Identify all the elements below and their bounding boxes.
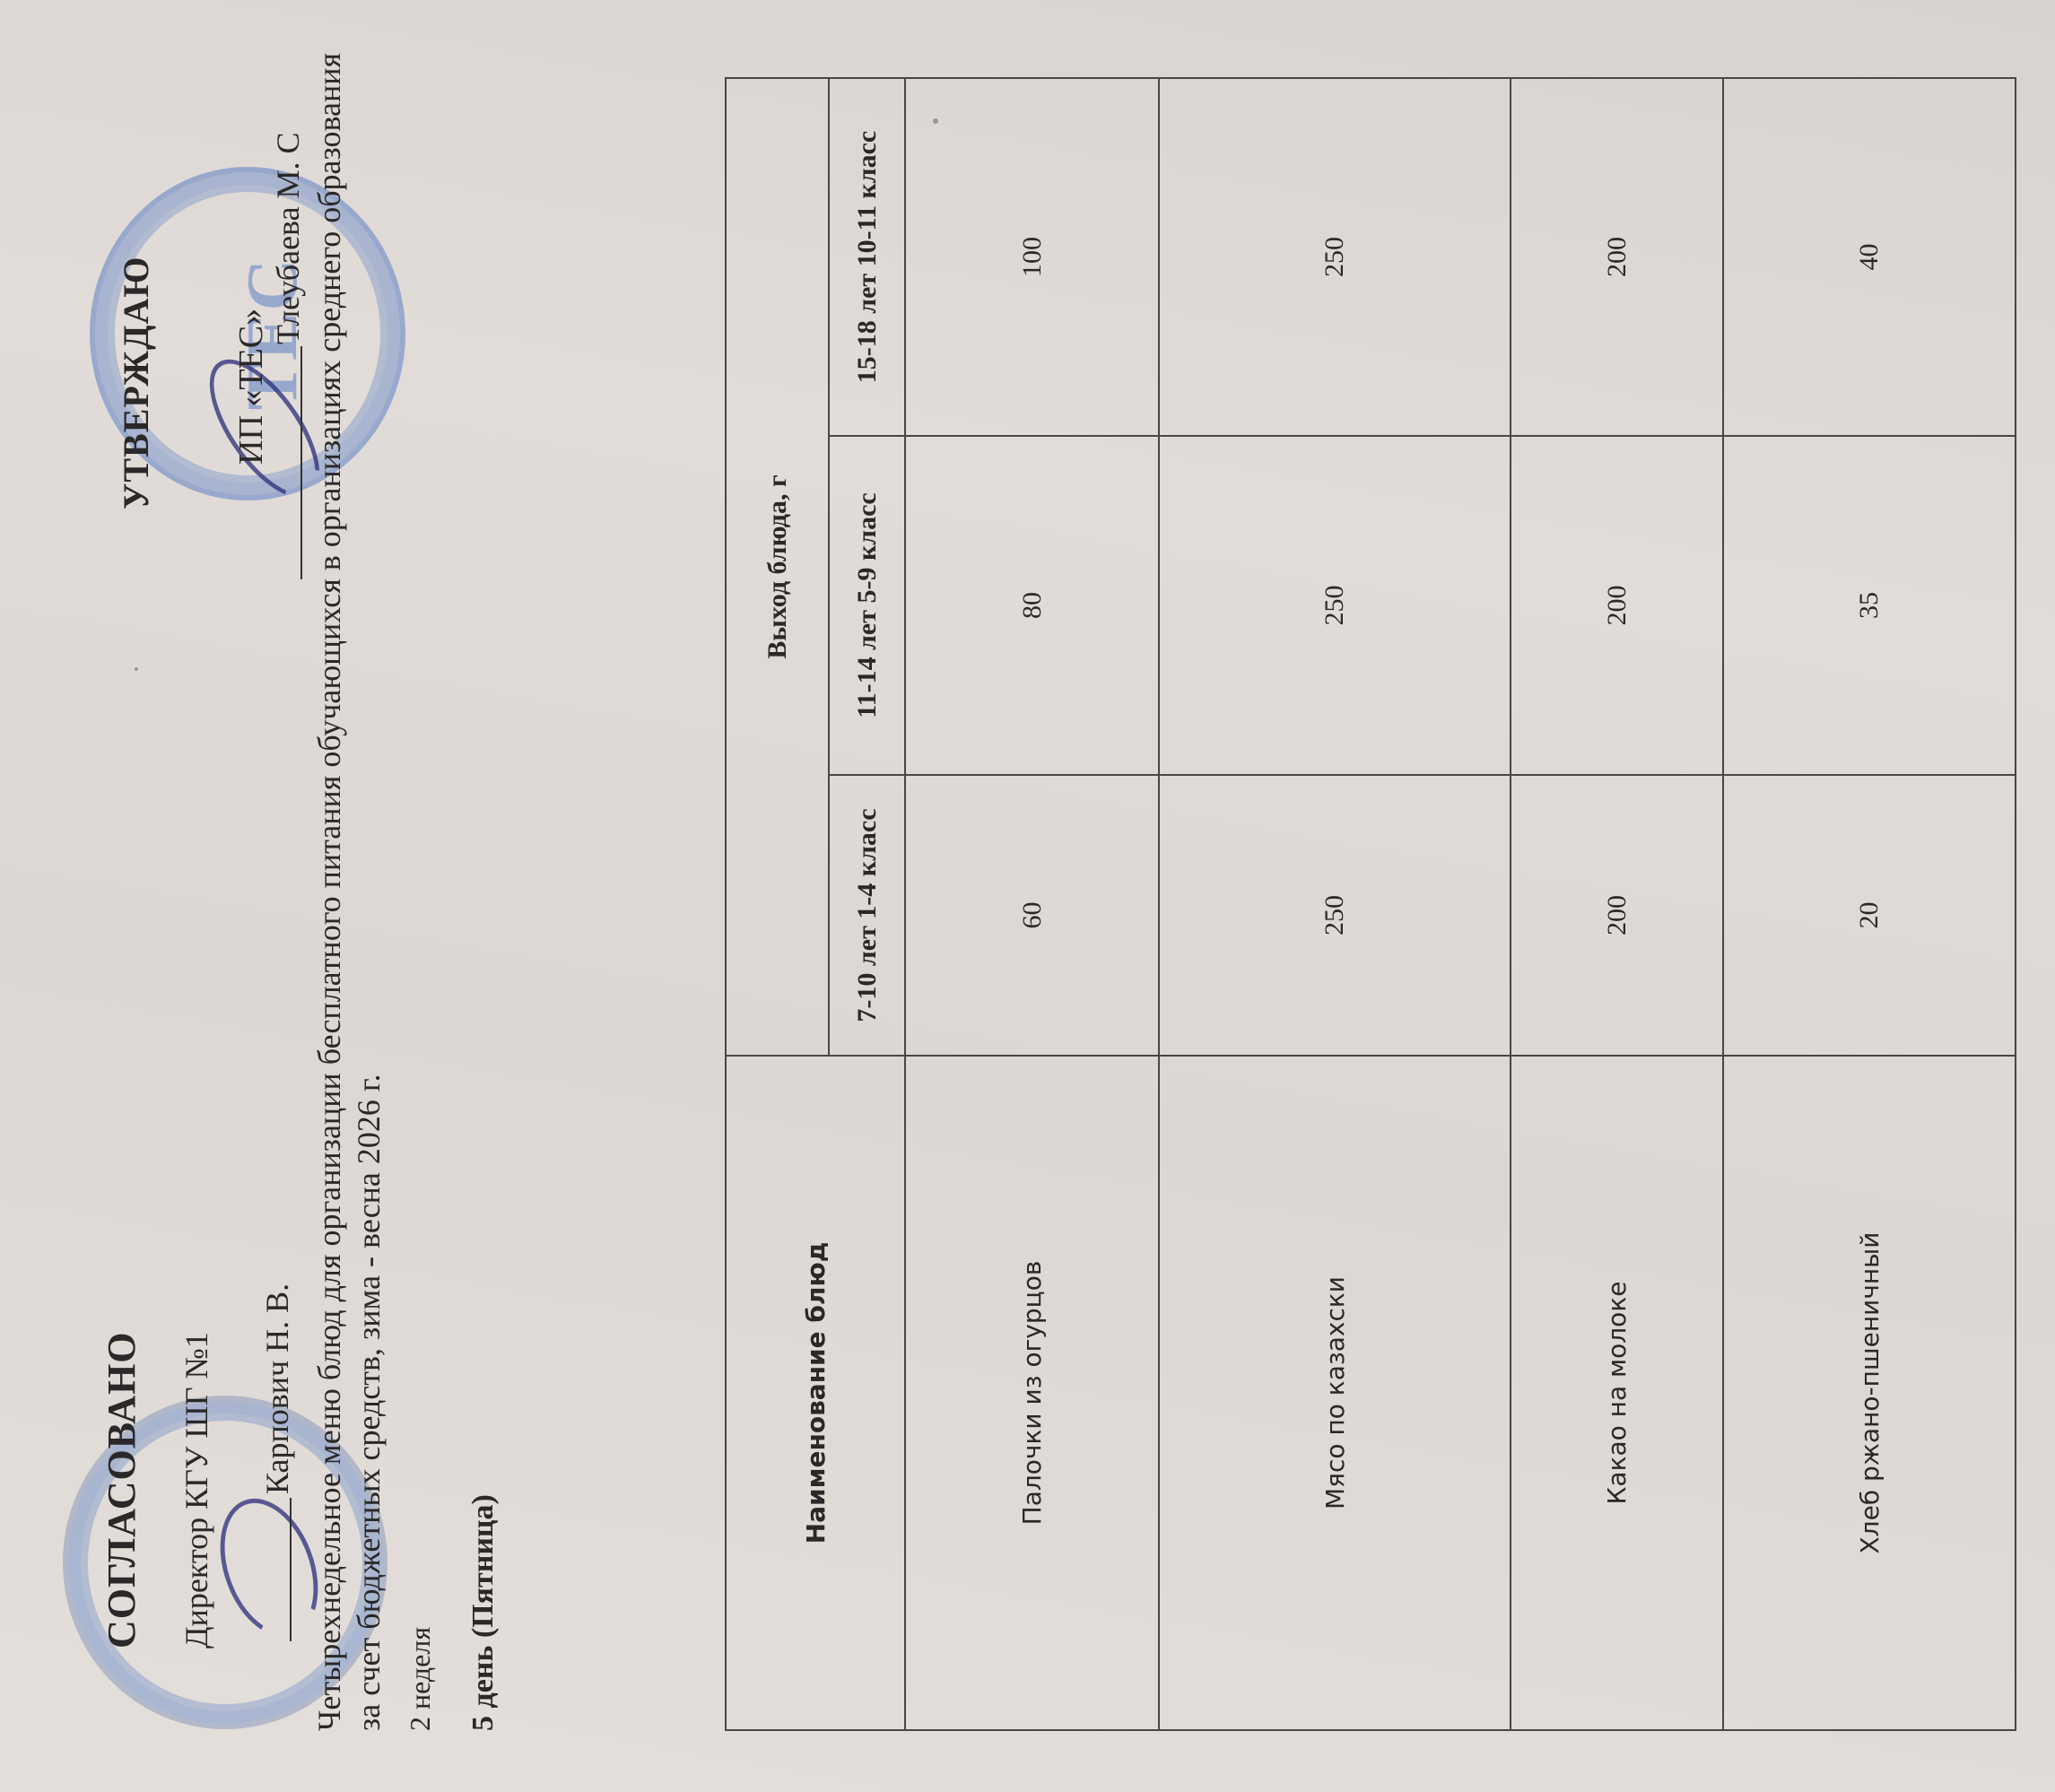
dish-name-cell: Мясо по казахски [1159, 1056, 1511, 1730]
approval-left-position: Директор КГУ ШГ №1 [178, 1332, 215, 1648]
signature-line [300, 346, 302, 579]
approval-right-signatory-line: Тлеубаева М. С [269, 132, 307, 579]
table-row: Какао на молоке 200 200 200 [1511, 78, 1723, 1730]
dish-name-header: Наименование блюд [726, 1056, 905, 1730]
yield-cell: 200 [1511, 78, 1723, 436]
day-label: 5 день (Пятница) [466, 1494, 501, 1731]
dish-name-cell: Хлеб ржано-пшеничный [1723, 1056, 2016, 1730]
approval-left-title: СОГЛАСОВАНО [99, 1331, 144, 1648]
yield-cell: 250 [1159, 78, 1511, 436]
table-row: Палочки из огурцов 60 80 100 [905, 78, 1159, 1730]
yield-cell: 250 [1159, 436, 1511, 775]
yield-cell: 100 [905, 78, 1159, 436]
signature-line [290, 1498, 292, 1641]
dish-name-cell: Какао на молоке [1511, 1056, 1723, 1730]
age-group-header: 7-10 лет 1-4 класс [829, 775, 905, 1056]
document-page: ТЕС СОГЛАСОВАНО Директор КГУ ШГ №1 Карпо… [0, 0, 2055, 1792]
photo-frame: ТЕС СОГЛАСОВАНО Директор КГУ ШГ №1 Карпо… [0, 0, 2055, 1792]
age-group-header: 11-14 лет 5-9 класс [829, 436, 905, 775]
yield-cell: 60 [905, 775, 1159, 1056]
approval-right-signatory: Тлеубаева М. С [270, 132, 306, 344]
yield-cell: 80 [905, 436, 1159, 775]
yield-cell: 200 [1511, 436, 1723, 775]
yield-cell: 35 [1723, 436, 2016, 775]
table-row: Хлеб ржано-пшеничный 20 35 40 [1723, 78, 2016, 1730]
yield-cell: 200 [1511, 775, 1723, 1056]
paper-speck [135, 667, 138, 671]
table-row: Мясо по казахски 250 250 250 [1159, 78, 1511, 1730]
dish-name-cell: Палочки из огурцов [905, 1056, 1159, 1730]
yield-cell: 40 [1723, 78, 2016, 436]
yield-header: Выход блюда, г [726, 78, 829, 1056]
approval-left-signatory: Карпович Н. В. [259, 1283, 295, 1494]
approval-right-organization: ИП «ТЕС» [231, 309, 271, 465]
approval-left-signatory-line: Карпович Н. В. [258, 1283, 296, 1641]
yield-cell: 20 [1723, 775, 2016, 1056]
week-label: 2 неделя [404, 1627, 437, 1731]
menu-description: Четырехнедельное меню блюд для организац… [309, 45, 388, 1731]
table-header-row: Наименование блюд Выход блюда, г [726, 78, 829, 1730]
paper-speck [933, 118, 938, 124]
menu-table: Наименование блюд Выход блюда, г 7-10 ле… [725, 77, 2016, 1731]
yield-cell: 250 [1159, 775, 1511, 1056]
age-group-header: 15-18 лет 10-11 класс [829, 78, 905, 436]
approval-right-title: УТВЕРЖДАЮ [115, 257, 157, 509]
